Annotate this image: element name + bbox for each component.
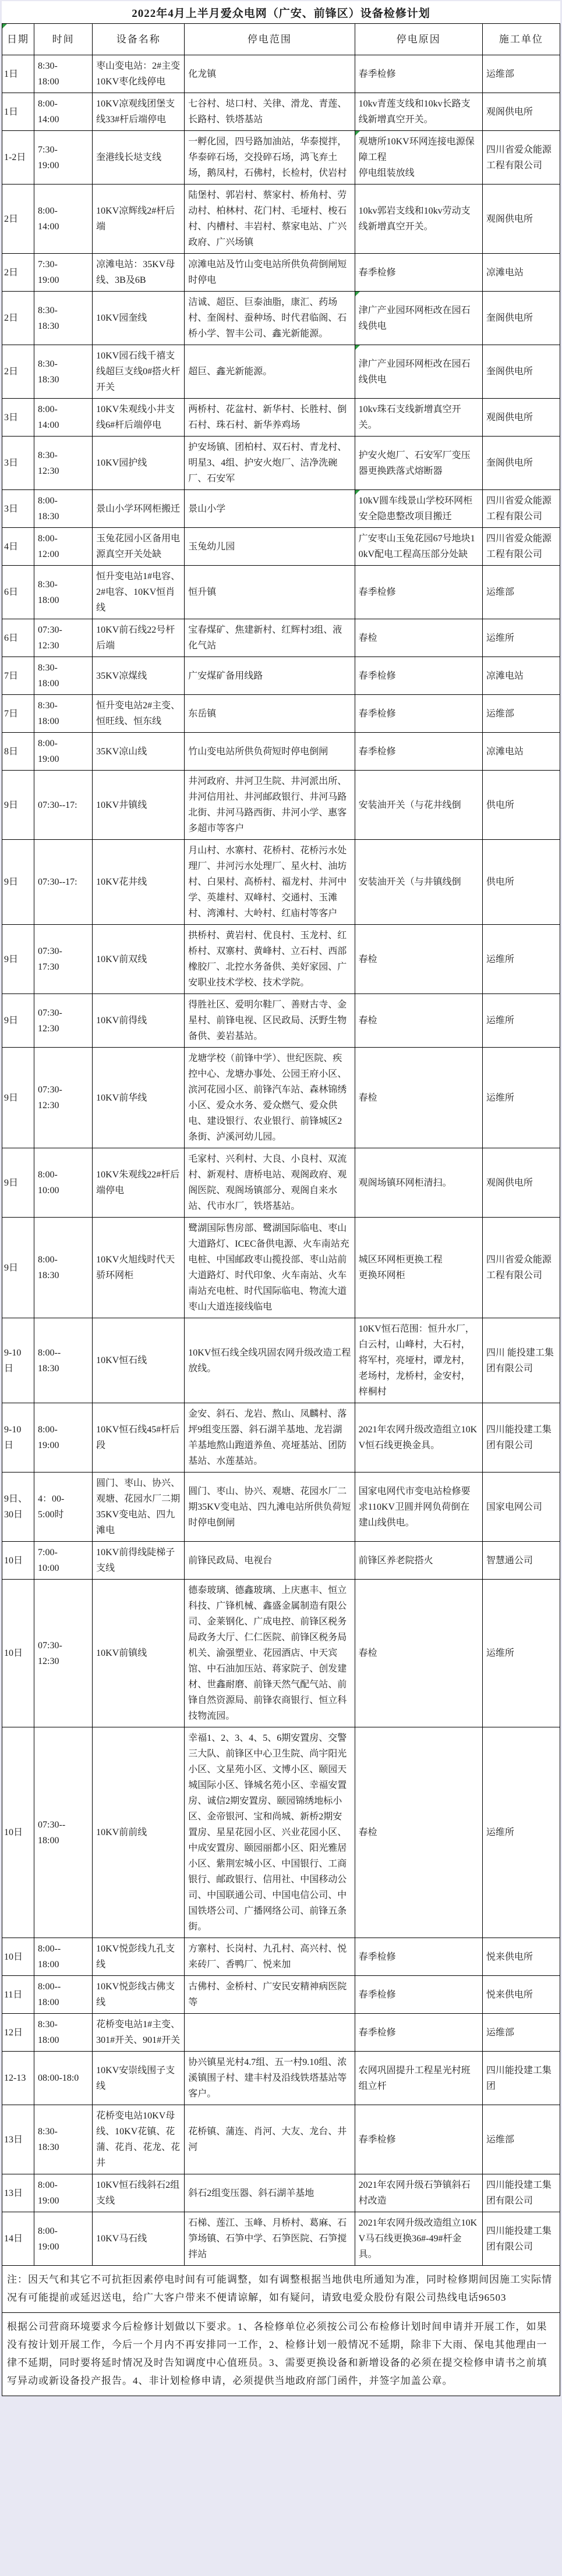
outage-reason-cell-text: 春季检修 — [359, 268, 396, 278]
device-name-cell-text: 10KV马石线 — [96, 2234, 147, 2244]
date-cell-text: 9-10 日 — [4, 1348, 21, 1374]
header-device: 设备名称 — [93, 24, 185, 55]
construction-unit-cell-text: 凉滩电站 — [486, 671, 524, 681]
device-name-cell: 10KV园护线 — [93, 437, 185, 490]
outage-range-cell: 宝春煤矿、焦建新村、红辉村3组、液化气站 — [185, 619, 355, 657]
page-title: 2022年4月上半月爱众电网（广安、前锋区）设备检修计划 — [2, 1, 560, 23]
header-unit-label: 施工单位 — [499, 34, 543, 45]
device-name-cell-text: 10KV凉观线团堡支线33#杆后端停电 — [96, 99, 175, 125]
construction-unit-cell-text: 运维部 — [486, 587, 514, 597]
outage-range-cell: 龙塘学校（前锋中学）、世纪医院、疾控中心、龙塘办事处、公园王府小区、滨河花园小区… — [185, 1048, 355, 1148]
header-unit: 施工单位 — [482, 24, 560, 55]
date-cell-text: 13日 — [4, 2135, 23, 2145]
table-row: 10日7:00- 10:0010KV前得线陡梯子支线前锋民政局、电视台前锋区养老… — [2, 1542, 560, 1580]
construction-unit-cell-text: 运维所 — [486, 1093, 514, 1103]
device-name-cell: 10KV前镇线 — [93, 1580, 185, 1727]
time-cell: 8:30- 18:30 — [34, 2105, 93, 2174]
date-cell-text: 7日 — [4, 671, 18, 681]
outage-range-cell: 竹山变电站所供负荷短时停电倒闸 — [185, 733, 355, 771]
outage-reason-cell-text: 10KV恒石范围：恒升水厂，白云村，山峰村，大石村，将军村，亮垭村，谭龙村，老场… — [359, 1324, 475, 1397]
outage-reason-cell: 春季检修 — [355, 733, 482, 771]
construction-unit-cell-text: 悦来供电所 — [486, 1990, 533, 2000]
outage-range-cell-text: 龙塘学校（前锋中学）、世纪医院、疾控中心、龙塘办事处、公园王府小区、滨河花园小区… — [188, 1053, 347, 1142]
date-cell: 10日 — [2, 1938, 34, 1976]
outage-reason-cell-text: 津广产业园环网柜改在园石线供电 — [359, 359, 471, 385]
outage-reason-cell: 2021年农网升级改造组立10KV恒石线更换金具。 — [355, 1403, 482, 1472]
outage-range-cell-text: 德泰玻璃、德鑫玻璃、上庆惠丰、恒立科技、广锋机械、鑫盛金属制造有限公司、金莱钢化… — [188, 1585, 347, 1721]
date-cell: 6日 — [2, 566, 34, 619]
construction-unit-cell: 凉滩电站 — [482, 733, 560, 771]
outage-reason-cell-text: 10kv青莲支线和10kv长路支线新增真空开关。 — [359, 99, 471, 125]
time-cell: 07:30- 12:30 — [34, 994, 93, 1048]
outage-reason-cell-text: 2021年农网升级改造组立10KV马石线更换36#-49#杆金具。 — [359, 2218, 478, 2259]
time-cell-text: 8:30- 12:30 — [38, 450, 59, 476]
device-name-cell: 10KV火旭线时代天骄环网柜 — [93, 1218, 185, 1318]
time-cell-text: 7:30- 19:00 — [38, 260, 59, 285]
time-cell: 8:00- 19:00 — [34, 2212, 93, 2266]
note-weather-disclaimer: 注：因天气和其它不可抗拒因素停电时间有可能调整，如有调整根据当地供电所通知为准，… — [2, 2266, 560, 2313]
outage-reason-cell: 春检 — [355, 1727, 482, 1938]
construction-unit-cell: 奎阁供电所 — [482, 292, 560, 345]
outage-reason-cell-text: 10kV圆车线景山学校环网柜安全隐患整改项目搬迁 — [359, 496, 473, 521]
table-row: 14日8:00- 19:0010KV马石线石梯、莲江、玉峰、月桥村、葛麻、石笋场… — [2, 2212, 560, 2266]
time-cell-text: 07:30- 12:30 — [38, 625, 62, 651]
table-row: 10日07:30-- 18:0010KV前前线幸福1、2、3、4、5、6期安置房… — [2, 1727, 560, 1938]
device-name-cell-text: 10KV前华线 — [96, 1093, 147, 1103]
device-name-cell-text: 10KV前镇线 — [96, 1648, 147, 1658]
device-name-cell-text: 10KV园石线千禧支线超巨支线0#搭火杆开关 — [96, 351, 180, 392]
construction-unit-cell: 供电所 — [482, 840, 560, 925]
time-cell-text: 07:30--17: — [38, 877, 77, 887]
table-row: 1日8:00- 14:0010KV凉观线团堡支线33#杆后端停电七谷村、垯口村、… — [2, 93, 560, 131]
device-name-cell: 10KV悦彭线九孔支线 — [93, 1938, 185, 1976]
outage-reason-cell: 10kv珠石支线新增真空开关。 — [355, 399, 482, 437]
construction-unit-cell: 凉滩电站 — [482, 657, 560, 695]
table-row: 9-10 日8:00- 19:0010KV恒石线45#杆后段金安、斜石、龙岩、熬… — [2, 1403, 560, 1472]
construction-unit-cell: 运维部 — [482, 695, 560, 733]
construction-unit-cell-text: 智慧通公司 — [486, 1556, 533, 1566]
device-name-cell: 10KV恒石线斜石2组支线 — [93, 2174, 185, 2212]
table-row: 2日8:30- 18:3010KV园石线千禧支线超巨支线0#搭火杆开关超巨、鑫光… — [2, 345, 560, 399]
outage-range-cell-text: 鹭湖国际售房部、鹭湖国际临电、枣山大道路灯、ICEC备供电源、火车南站充电桩、中… — [188, 1223, 349, 1312]
date-cell: 9日 — [2, 1148, 34, 1218]
excel-flag-icon — [2, 24, 7, 29]
outage-range-cell-text: 洁诚、超臣、巨泰油脂，康汇、药场村、奎阁村、蚕种场、时代君临阁、石桥小学、智丰公… — [188, 297, 347, 339]
device-name-cell: 10KV恒石线 — [93, 1318, 185, 1403]
header-time-label: 时间 — [52, 34, 75, 45]
outage-reason-cell: 10KV恒石范围：恒升水厂，白云村，山峰村，大石村，将军村，亮垭村，谭龙村，老场… — [355, 1318, 482, 1403]
table-row: 3日8:00- 14:0010KV朱观线小井支线6#杆后端停电两桥村、花盆村、新… — [2, 399, 560, 437]
construction-unit-cell: 四川能投建工集团有限公司 — [482, 1403, 560, 1472]
date-cell: 3日 — [2, 399, 34, 437]
date-cell-text: 2日 — [4, 268, 18, 278]
excel-flag-icon — [355, 292, 360, 296]
device-name-cell-text: 圆门、枣山、协兴、观塘、花园水厂二期35KV变电站、四九滩电 — [96, 1478, 180, 1535]
time-cell: 8:30- 12:30 — [34, 437, 93, 490]
outage-reason-cell: 护安火炮厂、石安军厂变压器更换跌落式熔断器 — [355, 437, 482, 490]
table-row: 9日、 30日4：00- 5:00时圆门、枣山、协兴、观塘、花园水厂二期35KV… — [2, 1472, 560, 1542]
outage-range-cell: 景山小学 — [185, 490, 355, 528]
device-name-cell: 10KV前双线 — [93, 925, 185, 994]
date-cell-text: 6日 — [4, 587, 18, 597]
construction-unit-cell-text: 奎阁供电所 — [486, 367, 533, 377]
construction-unit-cell: 奎阁供电所 — [482, 345, 560, 399]
table-row: 7日8:30- 18:00恒升变电站2#主变、恒旺线、恒东线东岳镇春季检修运维部 — [2, 695, 560, 733]
outage-range-cell-text: 恒升镇 — [188, 587, 216, 597]
date-cell-text: 6日 — [4, 633, 18, 643]
table-row: 13日8:00- 19:0010KV恒石线斜石2组支线斜石2组变压器、斜石湖羊基… — [2, 2174, 560, 2212]
outage-reason-cell: 2021年农网升级改造组立10KV马石线更换36#-49#杆金具。 — [355, 2212, 482, 2266]
device-name-cell-text: 10KV朱观线小井支线6#杆后端停电 — [96, 405, 175, 430]
outage-reason-cell: 春检 — [355, 1580, 482, 1727]
outage-reason-cell-text: 春检 — [359, 633, 377, 643]
date-cell-text: 2日 — [4, 367, 18, 377]
construction-unit-cell: 四川省爱众能源工程有限公司 — [482, 528, 560, 566]
construction-unit-cell: 运维部 — [482, 566, 560, 619]
date-cell: 2日 — [2, 345, 34, 399]
device-name-cell-text: 景山小学环网柜搬迁 — [96, 504, 180, 514]
outage-reason-cell-text: 2021年农网升级石笋镇斜石村改造 — [359, 2180, 471, 2206]
time-cell-text: 8:30- 18:00 — [38, 580, 59, 605]
outage-reason-cell-text: 10kv珠石支线新增真空开关。 — [359, 405, 461, 430]
schedule-table-body: 1日8:30- 18:00枣山变电站：2#主变 10KV枣化线停电化龙镇春季检修… — [2, 55, 560, 2266]
time-cell: 07:30- 17:30 — [34, 925, 93, 994]
device-name-cell: 10KV恒石线45#杆后段 — [93, 1403, 185, 1472]
outage-reason-cell-text: 春检 — [359, 1828, 377, 1837]
outage-reason-cell-text: 国家电网代市变电站检修要求110KV卫圆并网负荷倒在建山线供电。 — [359, 1486, 471, 1528]
outage-reason-cell: 春季检修 — [355, 566, 482, 619]
outage-range-cell: 幸福1、2、3、4、5、6期安置房、交警三大队、前锋区中心卫生院、尚宇阳光小区、… — [185, 1727, 355, 1938]
time-cell-text: 07:30- 12:30 — [38, 1641, 62, 1666]
spreadsheet: 2022年4月上半月爱众电网（广安、前锋区）设备检修计划 日期 时间 设备名称 … — [2, 1, 560, 2396]
outage-range-cell: 凉滩电站及竹山变电站所供负荷倒闸短时停电 — [185, 254, 355, 292]
table-row: 6日07:30- 12:3010KV前石线22号杆后端宝春煤矿、焦建新村、红辉村… — [2, 619, 560, 657]
device-name-cell: 10KV凉观线团堡支线33#杆后端停电 — [93, 93, 185, 131]
construction-unit-cell: 运维所 — [482, 1580, 560, 1727]
date-cell-text: 9日、 30日 — [4, 1494, 27, 1520]
outage-range-cell: 洁诚、超臣、巨泰油脂，康汇、药场村、奎阁村、蚕种场、时代君临阁、石桥小学、智丰公… — [185, 292, 355, 345]
outage-reason-cell-text: 春检 — [359, 1093, 377, 1103]
date-cell: 7日 — [2, 657, 34, 695]
outage-range-cell: 协兴镇星光村4.7组、五一村9.10组、浓溪镇围子村、建丰村及沿线铁塔基站等客户… — [185, 2052, 355, 2105]
table-row: 9日07:30- 12:3010KV前得线得胜社区、爱明尔鞋厂、善财古寺、金星村… — [2, 994, 560, 1048]
table-row: 10日07:30- 12:3010KV前镇线德泰玻璃、德鑫玻璃、上庆惠丰、恒立科… — [2, 1580, 560, 1727]
device-name-cell: 10KV马石线 — [93, 2212, 185, 2266]
construction-unit-cell-text: 四川省爱众能源工程有限公司 — [486, 496, 552, 521]
construction-unit-cell: 智慧通公司 — [482, 1542, 560, 1580]
device-name-cell: 10KV园石线千禧支线超巨支线0#搭火杆开关 — [93, 345, 185, 399]
outage-range-cell: 化龙镇 — [185, 55, 355, 93]
construction-unit-cell-text: 奎阁供电所 — [486, 458, 533, 468]
table-row: 2日8:00- 14:0010KV凉辉线2#杆后端陆堡村、郭岩村、蔡家村、桥角村… — [2, 184, 560, 254]
outage-range-cell: 拱桥村、黄岩村、优良村、玉龙村、红桥村、双寨村、黄峰村、立石村、西部橡胶厂、北控… — [185, 925, 355, 994]
table-row: 10日8:00-- 18:0010KV悦彭线九孔支线方寨村、长岗村、九孔村、高兴… — [2, 1938, 560, 1976]
outage-reason-cell: 春检 — [355, 1048, 482, 1148]
outage-range-cell-text: 幸福1、2、3、4、5、6期安置房、交警三大队、前锋区中心卫生院、尚宇阳光小区、… — [188, 1733, 347, 1932]
outage-range-cell: 鹭湖国际售房部、鹭湖国际临电、枣山大道路灯、ICEC备供电源、火车南站充电桩、中… — [185, 1218, 355, 1318]
date-cell: 2日 — [2, 292, 34, 345]
construction-unit-cell: 四川能投建工集团有限公司 — [482, 2174, 560, 2212]
outage-reason-cell-text: 春季检修 — [359, 2028, 396, 2038]
outage-range-cell: 毛家村、兴利村、大良、小良村、双流村、新观村、唐桥电站、观阁政府、观阁医院、观阁… — [185, 1148, 355, 1218]
time-cell: 8:30- 18:00 — [34, 2014, 93, 2052]
time-cell-text: 8:30- 18:00 — [38, 2020, 59, 2045]
outage-range-cell: 古佛村、金桥村、广安民安精神病医院等 — [185, 1976, 355, 2014]
date-cell: 1-2日 — [2, 131, 34, 184]
time-cell-text: 07:30--17: — [38, 800, 77, 810]
construction-unit-cell-text: 凉滩电站 — [486, 268, 524, 278]
outage-reason-cell-text: 春检 — [359, 1648, 377, 1658]
construction-unit-cell: 运维所 — [482, 925, 560, 994]
device-name-cell-text: 10KV园奎线 — [96, 313, 147, 323]
outage-reason-cell: 春检 — [355, 925, 482, 994]
construction-unit-cell-text: 四川能投建工集团 — [486, 2066, 552, 2091]
device-name-cell-text: 10KV安崇线围子支线 — [96, 2066, 175, 2091]
outage-reason-cell-text: 津广产业园环网柜改在园石线供电 — [359, 306, 471, 331]
outage-range-cell-text: 古佛村、金桥村、广安民安精神病医院等 — [188, 1982, 347, 2007]
time-cell-text: 7:30- 19:00 — [38, 145, 59, 171]
table-row: 13日8:30- 18:30花桥变电站10KV母线、10KV花镇、花蒲、花肖、花… — [2, 2105, 560, 2174]
time-cell-text: 7:00- 10:00 — [38, 1548, 59, 1573]
excel-flag-icon — [355, 345, 360, 350]
date-cell-text: 8日 — [4, 747, 18, 757]
construction-unit-cell: 四川 能投建工集团有限公司 — [482, 1318, 560, 1403]
outage-reason-cell: 安装油开关（与井镇线倒 — [355, 840, 482, 925]
time-cell: 8:30- 18:30 — [34, 292, 93, 345]
construction-unit-cell: 供电所 — [482, 771, 560, 840]
construction-unit-cell-text: 观阁供电所 — [486, 413, 533, 423]
time-cell-text: 8:30- 18:30 — [38, 2127, 59, 2152]
table-row: 12-1308:00-18:010KV安崇线围子支线协兴镇星光村4.7组、五一村… — [2, 2052, 560, 2105]
device-name-cell: 10KV凉辉线2#杆后端 — [93, 184, 185, 254]
construction-unit-cell: 凉滩电站 — [482, 254, 560, 292]
outage-range-cell-text: 圆门、枣山、协兴、观塘、花园水厂二期35KV变电站、四九滩电站所供负荷短时停电倒… — [188, 1486, 351, 1528]
outage-reason-cell: 观塘所10KV环网连接电源保障工程 停电组装放线 — [355, 131, 482, 184]
device-name-cell-text: 玉兔花园小区备用电源真空开关处缺 — [96, 534, 180, 559]
outage-range-cell-text: 竹山变电站所供负荷短时停电倒闸 — [188, 747, 328, 757]
outage-reason-cell-text: 春季检修 — [359, 671, 396, 681]
date-cell-text: 3日 — [4, 413, 18, 423]
device-name-cell-text: 10KV凉辉线2#杆后端 — [96, 206, 175, 232]
outage-range-cell: 两桥村、花盆村、新华村、长胜村、倒石村、珠石村、新华养鸡场 — [185, 399, 355, 437]
device-name-cell: 圆门、枣山、协兴、观塘、花园水厂二期35KV变电站、四九滩电 — [93, 1472, 185, 1542]
construction-unit-cell-text: 四川省爱众能源工程有限公司 — [486, 534, 552, 559]
time-cell-text: 8:30- 18:30 — [38, 306, 59, 331]
construction-unit-cell-text: 四川能投建工集团有限公司 — [486, 2180, 552, 2206]
device-name-cell-text: 奎港线长垯支线 — [96, 152, 161, 162]
outage-range-cell-text: 得胜社区、爱明尔鞋厂、善财古寺、金星村、前锋电视、区民政局、沃野生物备供、姜岩基… — [188, 1000, 347, 1041]
device-name-cell-text: 枣山变电站：2#主变 10KV枣化线停电 — [96, 61, 180, 87]
construction-unit-cell-text: 四川能投建工集团有限公司 — [486, 2226, 552, 2252]
date-cell: 13日 — [2, 2174, 34, 2212]
outage-range-cell-text: 方寨村、长岗村、九孔村、高兴村、悦来砖厂、香鸭厂、悦来加 — [188, 1944, 347, 1970]
outage-range-cell: 广安煤矿备用线路 — [185, 657, 355, 695]
outage-range-cell-text: 月山村、水寨村、花桥村、花桥污水处理厂、井河污水处理厂、星火村、油坊村、白果村、… — [188, 846, 347, 918]
time-cell: 07:30- 12:30 — [34, 619, 93, 657]
construction-unit-cell-text: 四川省爱众能源工程有限公司 — [486, 1255, 552, 1280]
outage-range-cell-text: 石梯、莲江、玉峰、月桥村、葛麻、石笋场镇、石笋中学、石笋医院、石笋搅拌站 — [188, 2218, 347, 2259]
time-cell: 7:00- 10:00 — [34, 1542, 93, 1580]
time-cell: 8:30- 18:00 — [34, 55, 93, 93]
device-name-cell-text: 10KV悦彭线古佛支线 — [96, 1982, 175, 2007]
device-name-cell: 10KV朱观线22#杆后端停电 — [93, 1148, 185, 1218]
device-name-cell: 10KV前石线22号杆后端 — [93, 619, 185, 657]
outage-range-cell: 月山村、水寨村、花桥村、花桥污水处理厂、井河污水处理厂、星火村、油坊村、白果村、… — [185, 840, 355, 925]
outage-range-cell: 东岳镇 — [185, 695, 355, 733]
date-cell: 8日 — [2, 733, 34, 771]
construction-unit-cell-text: 运维所 — [486, 633, 514, 643]
header-time: 时间 — [34, 24, 93, 55]
construction-unit-cell: 奎阁供电所 — [482, 437, 560, 490]
construction-unit-cell: 悦来供电所 — [482, 1976, 560, 2014]
device-name-cell: 35KV凉煤线 — [93, 657, 185, 695]
date-cell: 1日 — [2, 93, 34, 131]
device-name-cell: 10KV园奎线 — [93, 292, 185, 345]
device-name-cell: 景山小学环网柜搬迁 — [93, 490, 185, 528]
date-cell-text: 9-10 日 — [4, 1425, 21, 1450]
outage-range-cell: 德泰玻璃、德鑫玻璃、上庆惠丰、恒立科技、广锋机械、鑫盛金属制造有限公司、金莱钢化… — [185, 1580, 355, 1727]
device-name-cell-text: 10KV悦彭线九孔支线 — [96, 1944, 175, 1970]
time-cell: 07:30--17: — [34, 771, 93, 840]
device-name-cell: 花桥变电站1#主变、301#开关、901#开关 — [93, 2014, 185, 2052]
table-row: 12日8:30- 18:00花桥变电站1#主变、301#开关、901#开关春季检… — [2, 2014, 560, 2052]
construction-unit-cell: 四川省爱众能源工程有限公司 — [482, 131, 560, 184]
date-cell: 10日 — [2, 1580, 34, 1727]
outage-reason-cell: 安装油开关（与花井线倒 — [355, 771, 482, 840]
device-name-cell: 奎港线长垯支线 — [93, 131, 185, 184]
device-name-cell: 花桥变电站10KV母线、10KV花镇、花蒲、花肖、花龙、花井 — [93, 2105, 185, 2174]
header-outage-range-label: 停电范围 — [248, 34, 292, 45]
outage-range-cell-text: 斜石2组变压器、斜石湖羊基地 — [188, 2188, 314, 2198]
date-cell: 11日 — [2, 1976, 34, 2014]
outage-reason-cell: 春季检修 — [355, 1976, 482, 2014]
outage-range-cell: 超巨、鑫光新能源。 — [185, 345, 355, 399]
device-name-cell: 10KV花井线 — [93, 840, 185, 925]
outage-reason-cell-text: 春季检修 — [359, 747, 396, 757]
date-cell: 2日 — [2, 254, 34, 292]
construction-unit-cell-text: 运维部 — [486, 2028, 514, 2038]
time-cell: 8:00- 10:00 — [34, 1148, 93, 1218]
outage-range-cell-text: 宝春煤矿、焦建新村、红辉村3组、液化气站 — [188, 625, 342, 651]
outage-reason-cell-text: 前锋区养老院搭火 — [359, 1556, 433, 1566]
outage-reason-cell-text: 护安火炮厂、石安军厂变压器更换跌落式熔断器 — [359, 450, 471, 476]
header-date: 日期 — [2, 24, 34, 55]
construction-unit-cell-text: 供电所 — [486, 877, 514, 887]
outage-reason-cell: 观阁场镇环网柜清扫。 — [355, 1148, 482, 1218]
device-name-cell-text: 10KV园护线 — [96, 458, 147, 468]
outage-range-cell-text: 10KV恒石线全线巩固农网升级改造工程放线。 — [188, 1348, 351, 1374]
table-row: 1-2日7:30- 19:00奎港线长垯支线一孵化园，四号路加油站，华泰搅拌，华… — [2, 131, 560, 184]
construction-unit-cell-text: 观阁供电所 — [486, 107, 533, 117]
date-cell: 9日 — [2, 925, 34, 994]
outage-reason-cell: 津广产业园环网柜改在园石线供电 — [355, 345, 482, 399]
device-name-cell: 10KV前前线 — [93, 1727, 185, 1938]
table-row: 4日8:00- 12:00玉兔花园小区备用电源真空开关处缺玉兔幼儿园广安枣山玉兔… — [2, 528, 560, 566]
construction-unit-cell-text: 奎阁供电所 — [486, 313, 533, 323]
device-name-cell: 10KV安崇线围子支线 — [93, 2052, 185, 2105]
time-cell-text: 8:00-- 18:30 — [38, 1348, 61, 1374]
device-name-cell: 10KV前华线 — [93, 1048, 185, 1148]
excel-flag-icon — [355, 490, 360, 495]
construction-unit-cell-text: 运维部 — [486, 2135, 514, 2145]
construction-unit-cell: 运维部 — [482, 55, 560, 93]
date-cell-text: 14日 — [4, 2234, 23, 2244]
header-outage-range: 停电范围 — [185, 24, 355, 55]
outage-range-cell-text: 金安、斜石、龙岩、熬山、凤麟村、落坪9组变压器、斜石湖羊基地、龙岩湖羊基地熬山跑… — [188, 1409, 347, 1466]
construction-unit-cell: 运维所 — [482, 994, 560, 1048]
outage-reason-cell-text: 农网巩固提升工程星光村班组立杆 — [359, 2066, 471, 2091]
device-name-cell: 10KV前得线 — [93, 994, 185, 1048]
date-cell: 12-13 — [2, 2052, 34, 2105]
time-cell-text: 4：00- 5:00时 — [38, 1494, 64, 1520]
date-cell-text: 10日 — [4, 1828, 23, 1837]
construction-unit-cell-text: 运维所 — [486, 1648, 514, 1658]
outage-reason-cell: 2021年农网升级石笋镇斜石村改造 — [355, 2174, 482, 2212]
outage-range-cell-text: 超巨、鑫光新能源。 — [188, 367, 272, 377]
time-cell-text: 8:00- 14:00 — [38, 405, 59, 430]
outage-range-cell: 方寨村、长岗村、九孔村、高兴村、悦来砖厂、香鸭厂、悦来加 — [185, 1938, 355, 1976]
outage-reason-cell: 农网巩固提升工程星光村班组立杆 — [355, 2052, 482, 2105]
device-name-cell-text: 花桥变电站1#主变、301#开关、901#开关 — [96, 2020, 180, 2045]
outage-range-cell-text: 前锋民政局、电视台 — [188, 1556, 272, 1566]
outage-reason-cell: 春检 — [355, 619, 482, 657]
construction-unit-cell-text: 国家电网公司 — [486, 1502, 542, 1512]
time-cell-text: 07:30- 12:30 — [38, 1008, 62, 1034]
device-name-cell-text: 10KV前石线22号杆后端 — [96, 625, 175, 651]
device-name-cell-text: 10KV朱观线22#杆后端停电 — [96, 1170, 179, 1195]
outage-reason-cell-text: 2021年农网升级改造组立10KV恒石线更换金具。 — [359, 1425, 478, 1450]
time-cell: 8:00-- 18:00 — [34, 1938, 93, 1976]
device-name-cell-text: 10KV前得线 — [96, 1016, 147, 1026]
outage-range-cell-text: 拱桥村、黄岩村、优良村、玉龙村、红桥村、双寨村、黄峰村、立石村、西部橡胶厂、北控… — [188, 931, 347, 988]
construction-unit-cell: 运维部 — [482, 2105, 560, 2174]
date-cell: 9日 — [2, 840, 34, 925]
construction-unit-cell-text: 观阁供电所 — [486, 1178, 533, 1188]
table-row: 3日8:00- 18:30景山小学环网柜搬迁景山小学10kV圆车线景山学校环网柜… — [2, 490, 560, 528]
construction-unit-cell: 运维所 — [482, 1048, 560, 1148]
construction-unit-cell: 运维所 — [482, 619, 560, 657]
table-row: 6日8:30- 18:00恒升变电站1#电容、2#电容、10KV恒肖线恒升镇春季… — [2, 566, 560, 619]
outage-reason-cell-text: 春检 — [359, 1016, 377, 1026]
construction-unit-cell: 观阁供电所 — [482, 93, 560, 131]
header-device-label: 设备名称 — [116, 34, 161, 45]
outage-reason-cell-text: 春季检修 — [359, 1952, 396, 1962]
maintenance-schedule-table: 日期 时间 设备名称 停电范围 停电原因 施工单位 1日8:30- 18:00枣… — [2, 23, 560, 2266]
time-cell-text: 8:00- 18:30 — [38, 1255, 59, 1280]
date-cell-text: 11日 — [4, 1990, 22, 2000]
outage-reason-cell: 春季检修 — [355, 1938, 482, 1976]
construction-unit-cell-text: 四川 能投建工集团有限公司 — [486, 1348, 554, 1374]
date-cell-text: 9日 — [4, 1178, 18, 1188]
time-cell: 8:30- 18:30 — [34, 345, 93, 399]
outage-reason-cell: 春季检修 — [355, 695, 482, 733]
outage-reason-cell: 城区环网柜更换工程 更换环网柜 — [355, 1218, 482, 1318]
table-row: 1日8:30- 18:00枣山变电站：2#主变 10KV枣化线停电化龙镇春季检修… — [2, 55, 560, 93]
header-date-label: 日期 — [7, 34, 29, 45]
time-cell-text: 8:30- 18:00 — [38, 701, 59, 726]
device-name-cell-text: 10KV前得线陡梯子支线 — [96, 1548, 175, 1573]
time-cell: 8:30- 18:00 — [34, 566, 93, 619]
time-cell-text: 8:00- 18:30 — [38, 496, 59, 521]
outage-reason-cell: 10kV圆车线景山学校环网柜安全隐患整改项目搬迁 — [355, 490, 482, 528]
construction-unit-cell: 观阁供电所 — [482, 399, 560, 437]
time-cell-text: 8:00- 19:00 — [38, 739, 59, 764]
construction-unit-cell-text: 悦来供电所 — [486, 1952, 533, 1962]
outage-range-cell: 玉兔幼儿园 — [185, 528, 355, 566]
construction-unit-cell: 观阁供电所 — [482, 1148, 560, 1218]
date-cell: 2日 — [2, 184, 34, 254]
time-cell-text: 8:00- 12:00 — [38, 534, 59, 559]
